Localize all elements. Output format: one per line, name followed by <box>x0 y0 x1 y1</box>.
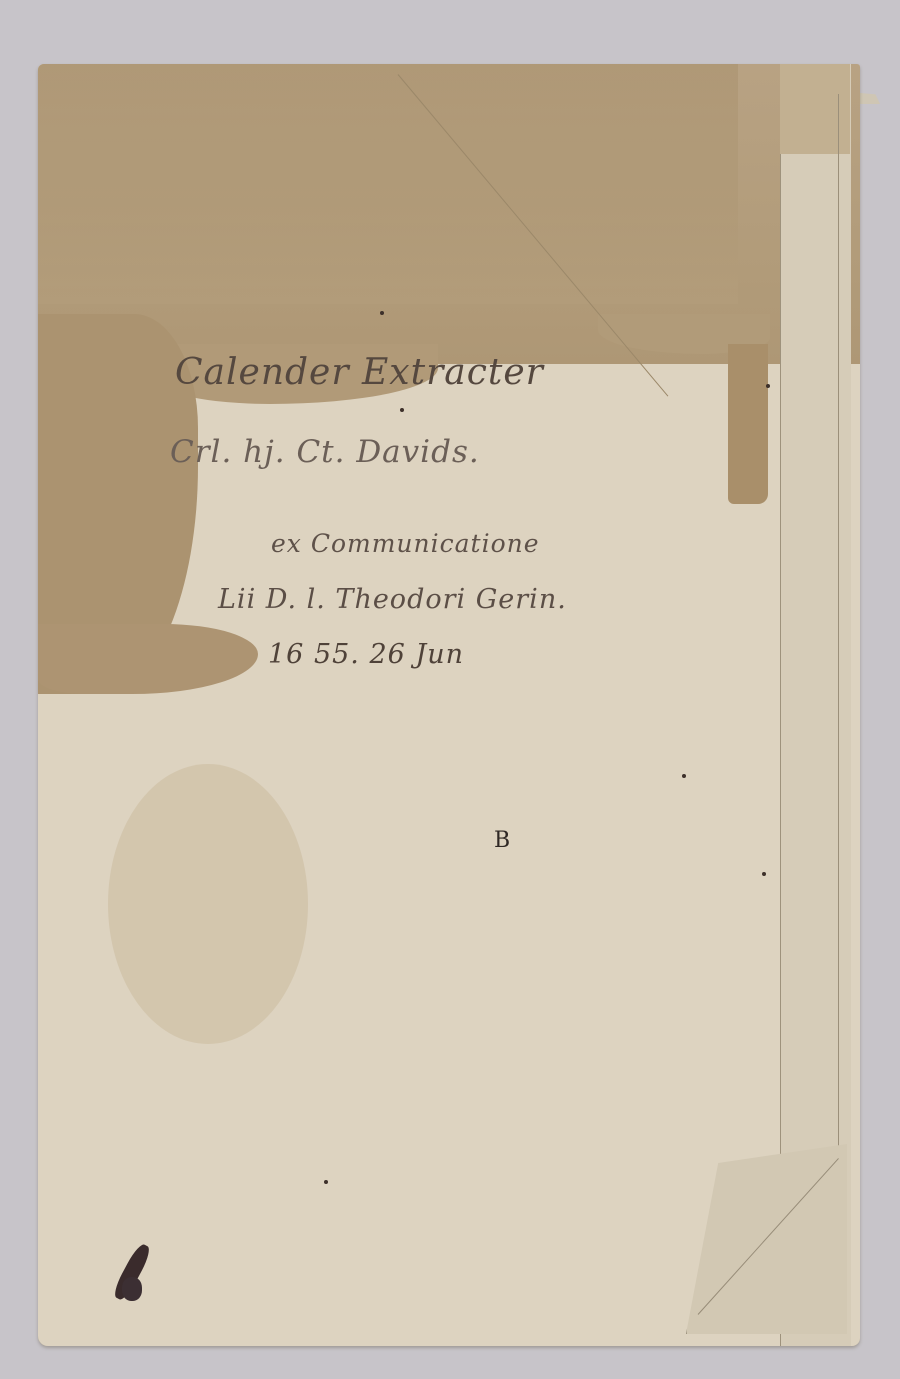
source-line: Lii D. l. Theodori Gerin. <box>218 584 567 615</box>
ink-speck <box>766 384 770 388</box>
title-line: Calender Extracter <box>175 352 544 393</box>
ink-speck <box>682 774 686 778</box>
folded-edge-stain <box>780 64 850 154</box>
ink-speck <box>324 1180 328 1184</box>
fold-inner-line <box>838 94 839 1314</box>
ink-speck <box>762 872 766 876</box>
ink-speck <box>380 311 384 315</box>
author-line: Crl. hj. Ct. Davids. <box>170 434 480 470</box>
manuscript-page: Calender Extracter Crl. hj. Ct. Davids. … <box>38 64 860 1346</box>
water-stain-dark <box>38 64 738 304</box>
ink-speck <box>400 408 404 412</box>
communication-line: ex Communicatione <box>271 529 540 558</box>
date-line: 16 55. 26 Jun <box>268 639 464 670</box>
faint-stain <box>108 764 308 1044</box>
archive-marker: B <box>494 828 510 853</box>
water-stain-drip <box>728 344 768 504</box>
ink-blot <box>122 1277 142 1301</box>
